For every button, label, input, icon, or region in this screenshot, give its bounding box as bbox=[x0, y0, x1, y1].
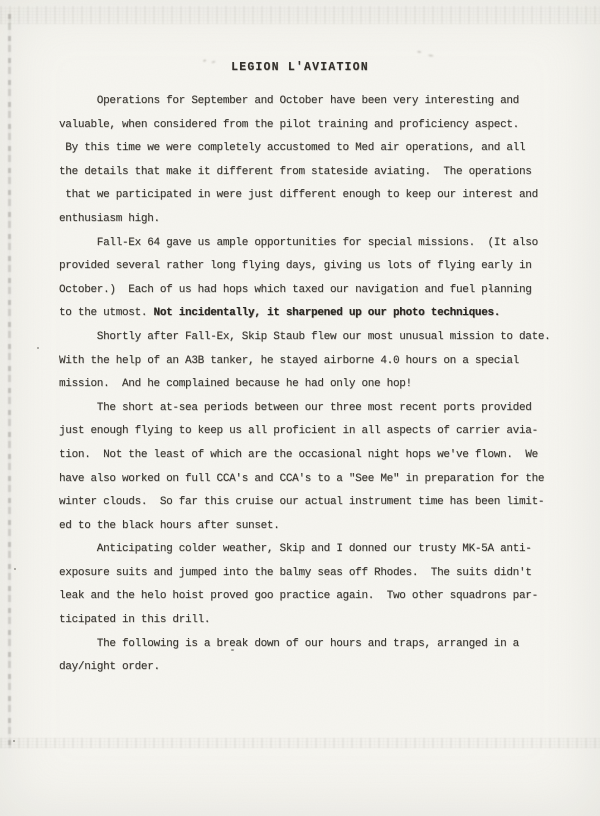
doc-line: provided several rather long flying days… bbox=[59, 255, 559, 279]
doc-line: valuable, when considered from the pilot… bbox=[59, 114, 559, 138]
doc-line: winter clouds. So far this cruise our ac… bbox=[59, 491, 559, 515]
doc-line: that we participated in were just differ… bbox=[59, 184, 559, 208]
scan-speck bbox=[14, 568, 16, 570]
scan-speck bbox=[13, 740, 15, 742]
doc-line: leak and the helo hoist proved goo pract… bbox=[59, 585, 559, 609]
doc-line: mission. And he complained because he ha… bbox=[59, 373, 559, 397]
doc-line: ed to the black hours after sunset. bbox=[59, 515, 559, 539]
doc-line: the details that make it different from … bbox=[59, 161, 559, 185]
doc-line: have also worked on full CCA's and CCA's… bbox=[59, 468, 559, 492]
doc-line: day/night order. bbox=[59, 656, 559, 680]
doc-line: Shortly after Fall-Ex, Skip Staub flew o… bbox=[59, 326, 559, 350]
scan-top-noise-band bbox=[0, 6, 600, 24]
doc-line: Anticipating colder weather, Skip and I … bbox=[59, 538, 559, 562]
document-body: Operations for September and October hav… bbox=[59, 90, 559, 680]
scan-edge-line bbox=[8, 14, 11, 748]
doc-line: ticipated in this drill. bbox=[59, 609, 559, 633]
doc-line: The short at-sea periods between our thr… bbox=[59, 397, 559, 421]
doc-line: tion. Not the least of which are the occ… bbox=[59, 444, 559, 468]
doc-line: enthusiasm high. bbox=[59, 208, 559, 232]
scanned-document-page: LEGION L'AVIATION Operations for Septemb… bbox=[0, 0, 600, 816]
scan-bottom-noise-band bbox=[0, 738, 600, 748]
doc-line: By this time we were completely accustom… bbox=[59, 137, 559, 161]
doc-line-overtyped: to the utmost. Not incidentally, it shar… bbox=[59, 302, 559, 326]
doc-line: exposure suits and jumped into the balmy… bbox=[59, 562, 559, 586]
doc-line-bold-segment: Not incidentally, it sharpened up our ph… bbox=[154, 307, 501, 319]
doc-line: Operations for September and October hav… bbox=[59, 90, 559, 114]
doc-line: October.) Each of us had hops which taxe… bbox=[59, 279, 559, 303]
pencil-smudge-right bbox=[413, 47, 440, 61]
doc-line-normal-segment: to the utmost. bbox=[59, 307, 154, 319]
doc-line: The following is a break down of our hou… bbox=[59, 633, 559, 657]
doc-line: With the help of an A3B tanker, he staye… bbox=[59, 350, 559, 374]
doc-line: just enough flying to keep us all profic… bbox=[59, 420, 559, 444]
scan-speck bbox=[37, 347, 39, 349]
document-title: LEGION L'AVIATION bbox=[0, 61, 600, 74]
doc-line: Fall-Ex 64 gave us ample opportunities f… bbox=[59, 232, 559, 256]
